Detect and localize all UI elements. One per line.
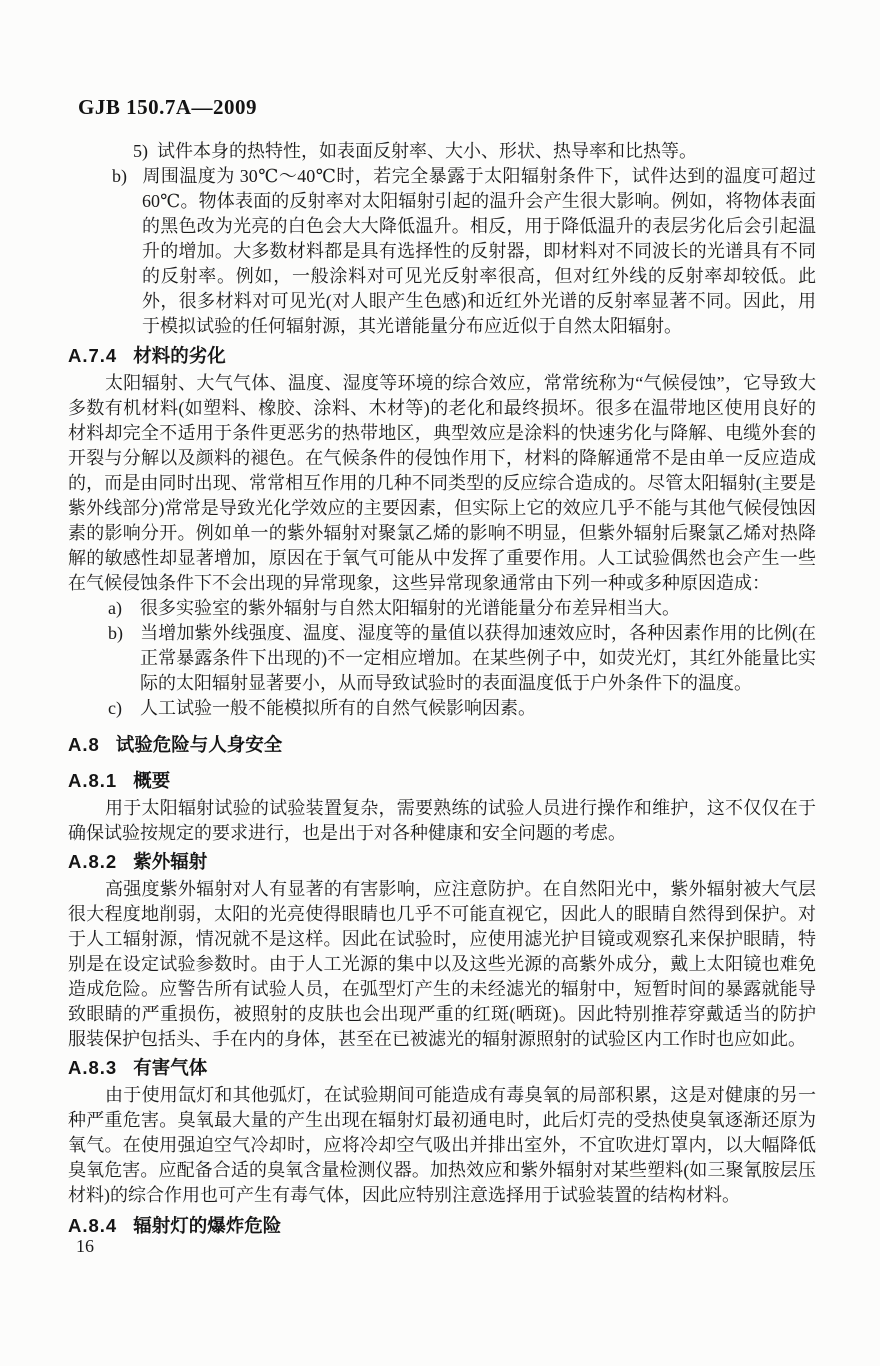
paragraph-a83: 由于使用氙灯和其他弧灯，在试验期间可能造成有毒臭氧的局部积累，这是对健康的另一种… [68,1083,816,1208]
section-heading-a8: A.8试验危险与人身安全 [68,732,816,757]
document-standard-number: GJB 150.7A—2009 [78,95,257,120]
list-item-text: 试件本身的热特性，如表面反射率、大小、形状、热导率和比热等。 [157,141,697,161]
list-item-label: 5) [133,139,157,164]
section-title: 材料的劣化 [133,345,226,366]
list-item: b)周围温度为 30℃～40℃时，若完全暴露于太阳辐射条件下，试件达到的温度可超… [68,164,816,339]
paragraph-a74: 太阳辐射、大气气体、温度、湿度等环境的综合效应，常常统称为“气候侵蚀”，它导致大… [68,371,816,596]
page-number: 16 [76,1236,94,1257]
section-heading-a74: A.7.4材料的劣化 [68,343,816,368]
section-number: A.8 [68,734,100,755]
list-item-text: 当增加紫外线强度、温度、湿度等的量值以获得加速效应时，各种因素作用的比例(在正常… [140,623,816,693]
section-heading-a84: A.8.4辐射灯的爆炸危险 [68,1213,816,1238]
section-number: A.8.2 [68,851,117,872]
section-number: A.8.3 [68,1057,117,1078]
page-body: 5)试件本身的热特性，如表面反射率、大小、形状、热导率和比热等。 b)周围温度为… [68,139,816,1240]
section-title: 辐射灯的爆炸危险 [133,1215,281,1236]
section-heading-a82: A.8.2紫外辐射 [68,849,816,874]
section-number: A.8.4 [68,1215,117,1236]
section-title: 有害气体 [133,1057,207,1078]
list-item: b)当增加紫外线强度、温度、湿度等的量值以获得加速效应时，各种因素作用的比例(在… [68,621,816,696]
section-title: 试验危险与人身安全 [116,734,283,755]
section-number: A.7.4 [68,345,117,366]
list-item-label: c) [108,696,140,721]
list-item-text: 很多实验室的紫外辐射与自然太阳辐射的光谱能量分布差异相当大。 [140,598,680,618]
list-item-text: 人工试验一般不能模拟所有的自然气候影响因素。 [140,698,536,718]
list-item-label: b) [112,164,142,189]
paragraph-a82: 高强度紫外辐射对人有显著的有害影响，应注意防护。在自然阳光中，紫外辐射被大气层很… [68,877,816,1052]
list-item-text: 周围温度为 30℃～40℃时，若完全暴露于太阳辐射条件下，试件达到的温度可超过 … [142,166,816,336]
list-item: a)很多实验室的紫外辐射与自然太阳辐射的光谱能量分布差异相当大。 [68,596,816,621]
list-item-label: b) [108,621,140,646]
section-title: 紫外辐射 [133,851,207,872]
section-heading-a81: A.8.1概要 [68,768,816,793]
paragraph-a81: 用于太阳辐射试验的试验装置复杂，需要熟练的试验人员进行操作和维护，这不仅仅在于确… [68,796,816,846]
document-page: GJB 150.7A—2009 5)试件本身的热特性，如表面反射率、大小、形状、… [0,0,880,1366]
section-number: A.8.1 [68,770,117,791]
list-item: c)人工试验一般不能模拟所有的自然气候影响因素。 [68,696,816,721]
section-title: 概要 [133,770,170,791]
list-item-label: a) [108,596,140,621]
section-heading-a83: A.8.3有害气体 [68,1055,816,1080]
list-item: 5)试件本身的热特性，如表面反射率、大小、形状、热导率和比热等。 [68,139,816,164]
